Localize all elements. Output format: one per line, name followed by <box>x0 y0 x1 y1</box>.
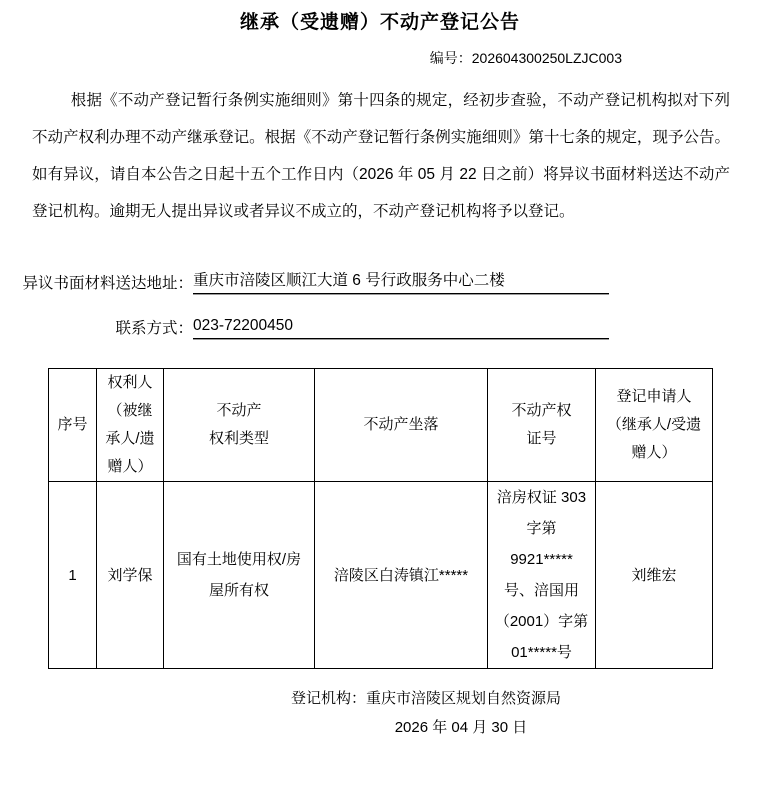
header-holder: 权利人 （被继 承人/遗 赠人） <box>97 369 164 482</box>
table-header-row: 序号 权利人 （被继 承人/遗 赠人） 不动产 权利类型 不动产坐落 不动产权 … <box>49 369 713 482</box>
contact-value: 023-72200450 <box>193 315 609 339</box>
address-label: 异议书面材料送达地址： <box>0 273 193 294</box>
cell-cert-no: 涪房权证 303 字第 9921***** 号、涪国用 （2001）字第 01*… <box>488 482 596 669</box>
contact-fields: 异议书面材料送达地址： 重庆市涪陵区顺江大道 6 号行政服务中心二楼 联系方式：… <box>0 270 760 339</box>
header-right-type: 不动产 权利类型 <box>164 369 315 482</box>
cell-applicant: 刘维宏 <box>596 482 713 669</box>
doc-number: 编号：202604300250LZJC003 <box>0 49 760 67</box>
announcement-document: 继承（受遗赠）不动产登记公告 编号：202604300250LZJC003 根据… <box>0 0 760 786</box>
header-location: 不动产坐落 <box>315 369 488 482</box>
contact-line: 联系方式： 023-72200450 <box>0 315 760 339</box>
cell-location: 涪陵区白涛镇江***** <box>315 482 488 669</box>
footer-date: 2026 年 04 月 30 日 <box>0 717 760 738</box>
address-value: 重庆市涪陵区顺江大道 6 号行政服务中心二楼 <box>193 270 609 294</box>
header-seq: 序号 <box>49 369 97 482</box>
header-cert-no: 不动产权 证号 <box>488 369 596 482</box>
body-paragraph: 根据《不动产登记暂行条例实施细则》第十四条的规定，经初步查验，不动产登记机构拟对… <box>32 82 730 230</box>
cell-right-type: 国有土地使用权/房 屋所有权 <box>164 482 315 669</box>
registration-table: 序号 权利人 （被继 承人/遗 赠人） 不动产 权利类型 不动产坐落 不动产权 … <box>48 368 713 669</box>
contact-label: 联系方式： <box>0 318 193 339</box>
cell-seq: 1 <box>49 482 97 669</box>
page-title: 继承（受遗赠）不动产登记公告 <box>0 0 760 36</box>
address-line: 异议书面材料送达地址： 重庆市涪陵区顺江大道 6 号行政服务中心二楼 <box>0 270 760 294</box>
footer-authority: 登记机构：重庆市涪陵区规划自然资源局 <box>0 688 760 709</box>
table-row: 1 刘学保 国有土地使用权/房 屋所有权 涪陵区白涛镇江***** 涪房权证 3… <box>49 482 713 669</box>
cell-holder: 刘学保 <box>97 482 164 669</box>
header-applicant: 登记申请人 （继承人/受遗 赠人） <box>596 369 713 482</box>
footer: 登记机构：重庆市涪陵区规划自然资源局 2026 年 04 月 30 日 <box>0 688 760 738</box>
